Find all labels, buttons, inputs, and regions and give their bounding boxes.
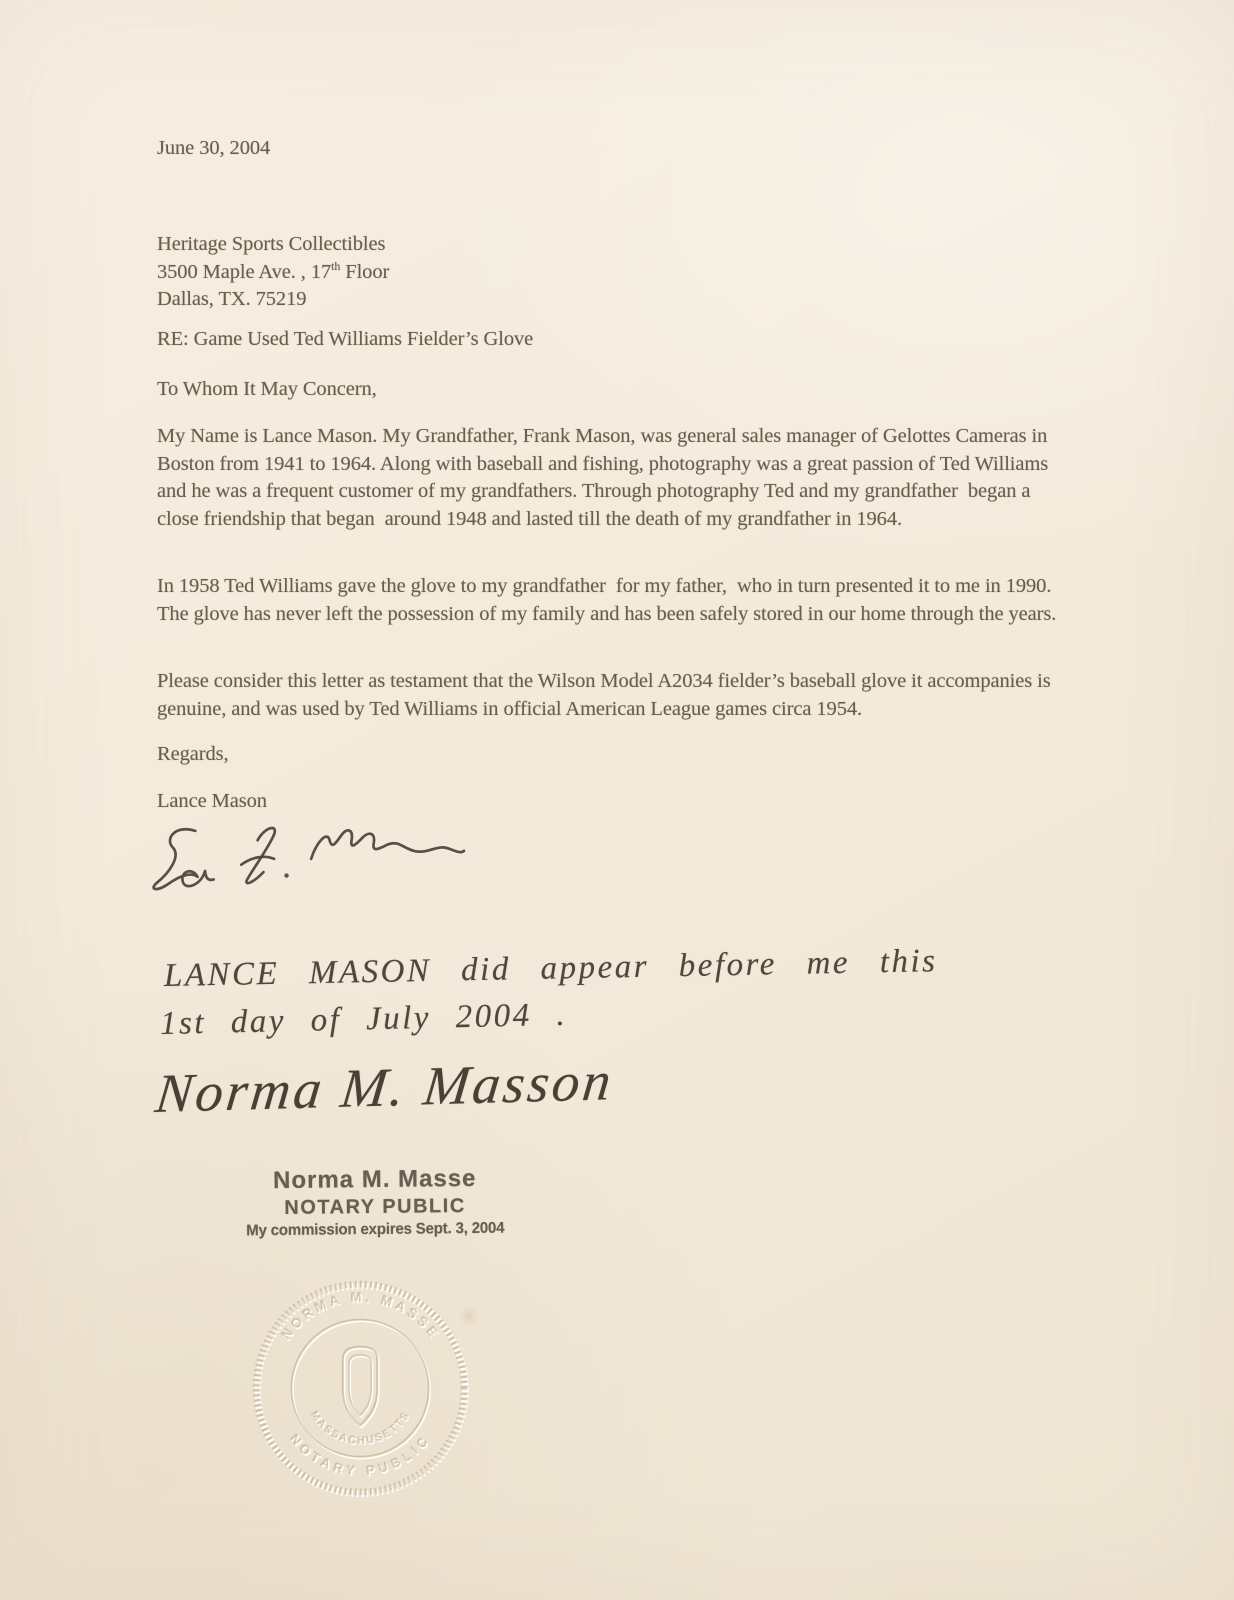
seal-shield bbox=[343, 1347, 377, 1426]
closing-regards: Regards, bbox=[157, 741, 229, 769]
letter-page: June 30, 2004 Heritage Sports Collectibl… bbox=[0, 0, 1234, 1600]
body-paragraph-1: My Name is Lance Mason. My Grandfather, … bbox=[157, 423, 1062, 533]
stamp-commission-expiry: My commission expires Sept. 3, 2004 bbox=[230, 1217, 521, 1241]
svg-text:MASSACHUSETTS: MASSACHUSETTS bbox=[308, 1409, 412, 1447]
notary-statement-line-2: 1st day of July 2004 . bbox=[160, 997, 568, 1043]
stamp-notary-name: Norma M. Masse bbox=[225, 1163, 525, 1196]
svg-text:NORMA M. MASSE: NORMA M. MASSE bbox=[278, 1289, 443, 1342]
notary-statement-line-1: LANCE MASON did appear before me this bbox=[164, 943, 938, 995]
notary-embossed-seal: NORMA M. MASSE MASSACHUSETTS NOTARY PUBL… bbox=[248, 1276, 472, 1500]
recipient-name: Heritage Sports Collectibles bbox=[157, 231, 389, 259]
paper-blemish bbox=[458, 1305, 480, 1327]
recipient-street-text: 3500 Maple Ave. , 17 bbox=[157, 261, 331, 283]
body-paragraph-3: Please consider this letter as testament… bbox=[157, 668, 1062, 723]
lance-mason-signature bbox=[145, 814, 467, 894]
salutation: To Whom It May Concern, bbox=[157, 376, 377, 404]
seal-arc-top: NORMA M. MASSE bbox=[278, 1289, 443, 1342]
stamp-notary-title: NOTARY PUBLIC bbox=[225, 1193, 525, 1220]
body-paragraph-2: In 1958 Ted Williams gave the glove to m… bbox=[157, 573, 1062, 628]
notary-signature: Norma M. Masson bbox=[152, 1049, 617, 1125]
recipient-city: Dallas, TX. 75219 bbox=[157, 286, 389, 314]
street-ordinal-superscript: th bbox=[331, 259, 340, 273]
recipient-street: 3500 Maple Ave. , 17th Floor bbox=[157, 259, 389, 287]
subject-line: RE: Game Used Ted Williams Fielder’s Glo… bbox=[157, 326, 533, 354]
notary-stamp: Norma M. Masse NOTARY PUBLIC My commissi… bbox=[225, 1163, 526, 1241]
recipient-street-suffix: Floor bbox=[340, 261, 389, 283]
recipient-address-block: Heritage Sports Collectibles 3500 Maple … bbox=[157, 231, 389, 314]
signer-name: Lance Mason bbox=[157, 788, 267, 816]
letter-date: June 30, 2004 bbox=[157, 135, 270, 163]
seal-arc-middle: MASSACHUSETTS bbox=[308, 1409, 412, 1447]
